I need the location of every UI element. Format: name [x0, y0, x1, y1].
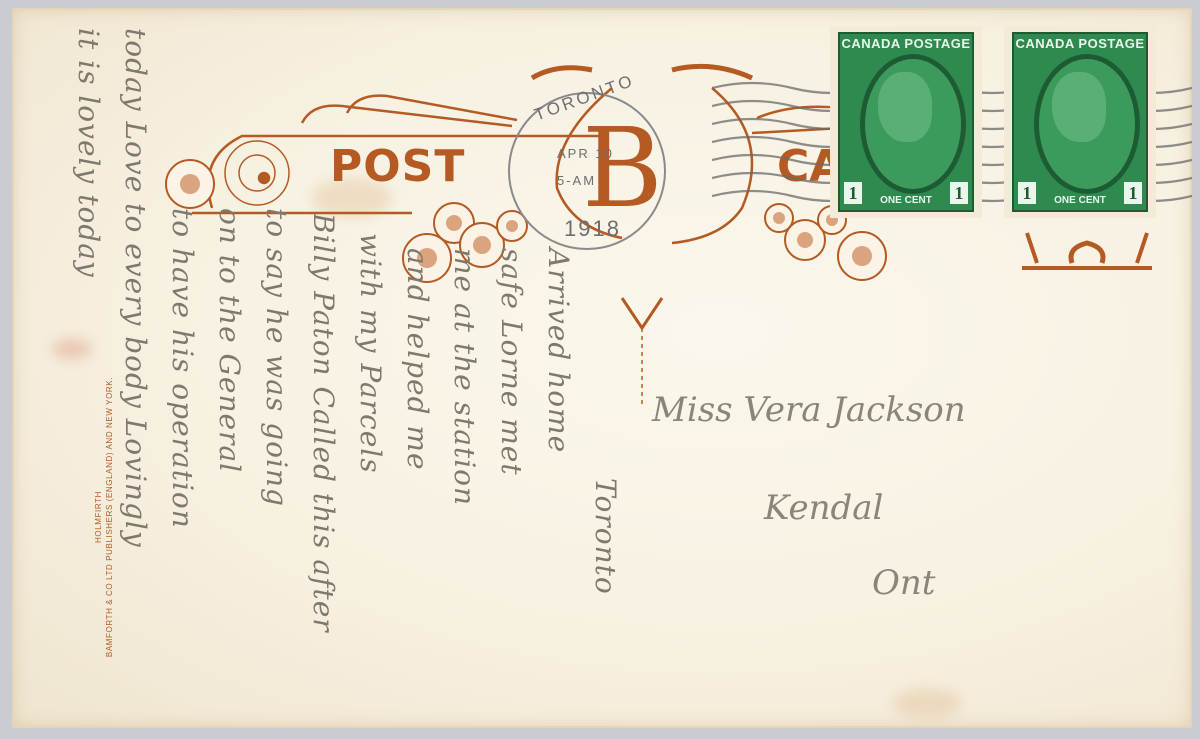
message-line: with my Parcels — [354, 233, 387, 474]
postcard-back: POST CARD B TORONTO APR 10 5-AM 1918 CAN… — [12, 8, 1192, 728]
message-line: on to the General — [213, 208, 246, 473]
king-portrait-icon — [878, 72, 932, 142]
message-line: safe Lorne met — [495, 248, 528, 476]
postmark-time: 5-AM — [557, 173, 596, 188]
stamp-one-cent: CANADA POSTAGE 1 1 ONE CENT — [830, 26, 982, 218]
message-line: it is lovely today — [72, 28, 105, 278]
stamp-one-cent: CANADA POSTAGE 1 1 ONE CENT — [1004, 26, 1156, 218]
message-line: Toronto — [589, 478, 622, 595]
message-line: today Love to every body Lovingly — [119, 28, 152, 548]
publisher-imprint: HOLMFIRTH BAMFORTH & CO LTD PUBLISHERS (… — [93, 307, 115, 727]
postmark-date: APR 10 — [557, 146, 614, 161]
message-line: to say he was going — [260, 208, 293, 507]
post-heading: POST — [330, 141, 465, 192]
message-line: and helped me — [401, 248, 434, 471]
postmark-year: 1918 — [564, 216, 621, 242]
postmark-circle — [502, 86, 712, 296]
paper-stain — [892, 688, 962, 718]
message-line: to have his operation — [166, 208, 199, 529]
address-name: Miss Vera Jackson — [652, 390, 966, 430]
message-line: Arrived home — [542, 248, 575, 453]
address-province: Ont — [872, 563, 935, 603]
king-portrait-icon — [1052, 72, 1106, 142]
message-line: Billy Paton Called this after — [307, 213, 340, 633]
message-line: me at the station — [448, 248, 481, 506]
address-town: Kendal — [764, 488, 883, 528]
